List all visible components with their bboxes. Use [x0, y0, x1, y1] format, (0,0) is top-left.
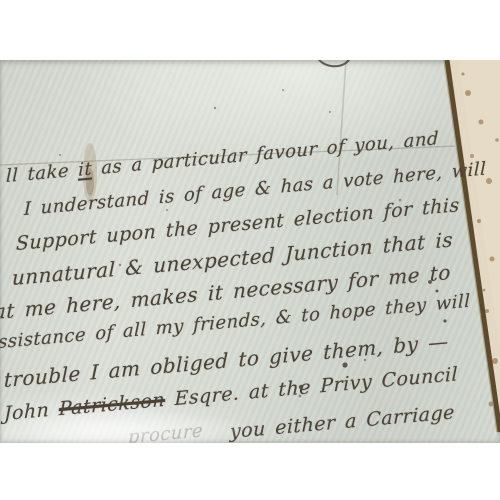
letter-photograph: ll take it as a particular favour of you… — [0, 60, 500, 443]
underlined-word: it — [78, 158, 92, 180]
photograph-frame: ll take it as a particular favour of you… — [0, 0, 500, 500]
